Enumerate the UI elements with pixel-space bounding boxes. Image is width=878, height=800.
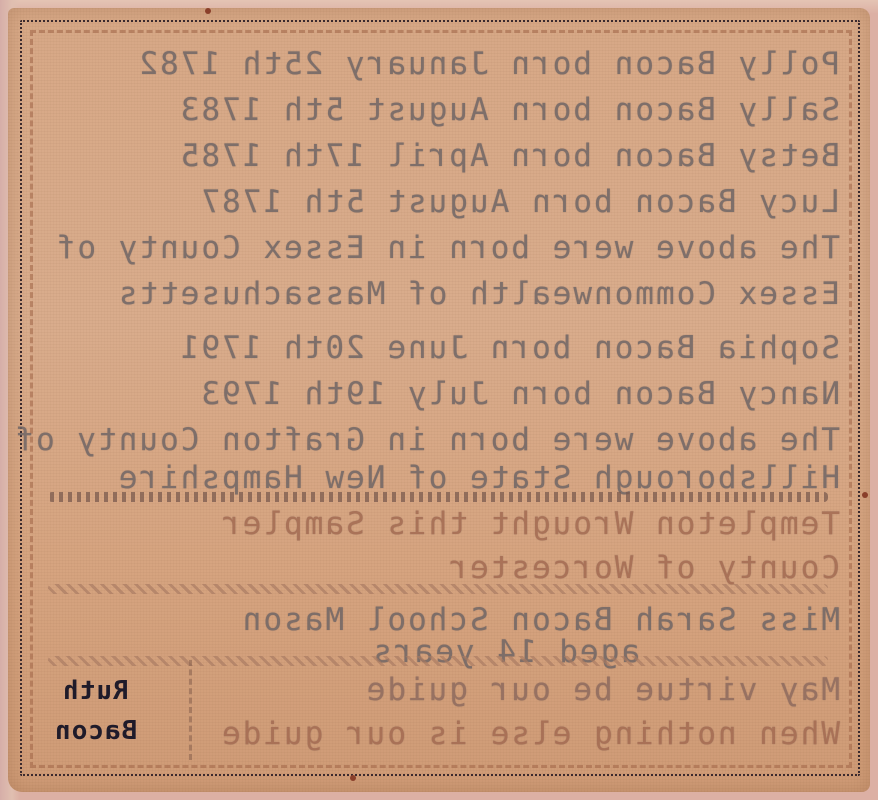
initials-panel: Ruth Bacon — [44, 660, 192, 760]
record-line-1: Polly Bacon born January 25th 1782 — [40, 46, 840, 82]
sampler-text-mirrored: Polly Bacon born January 25th 1782 Sally… — [40, 36, 840, 766]
initials-line-2: Bacon — [54, 716, 137, 746]
record-line-7: Sophia Bacon born June 20th 1791 — [40, 330, 840, 366]
record-line-3: Betsy Bacon born April 17th 1785 — [40, 138, 840, 174]
divider-2 — [48, 584, 828, 594]
pin-top — [205, 8, 211, 14]
record-line-8: Nancy Bacon born July 19th 1793 — [40, 376, 840, 412]
divider-1 — [48, 492, 828, 502]
record-line-9: The above were born in Grafton County of — [40, 422, 840, 458]
pin-right — [862, 492, 868, 498]
initials-line-1: Ruth — [62, 676, 129, 706]
record-line-10: Hillsborough State of New Hampshire — [40, 460, 840, 496]
record-line-6: Essex Commonwealth of Massachusetts — [40, 276, 840, 312]
location-line-1: Templeton Wrought this Sampler — [40, 506, 840, 542]
pin-bottom — [350, 775, 356, 781]
location-line-2: County of Worcester — [40, 550, 840, 586]
record-line-4: Lucy Bacon born August 5th 1787 — [40, 184, 840, 220]
maker-line-1: Miss Sarah Bacon School Mason — [40, 602, 840, 638]
record-line-2: Sally Bacon born August 5th 1783 — [40, 92, 840, 128]
record-line-5: The above were born in Essex County of — [40, 230, 840, 266]
